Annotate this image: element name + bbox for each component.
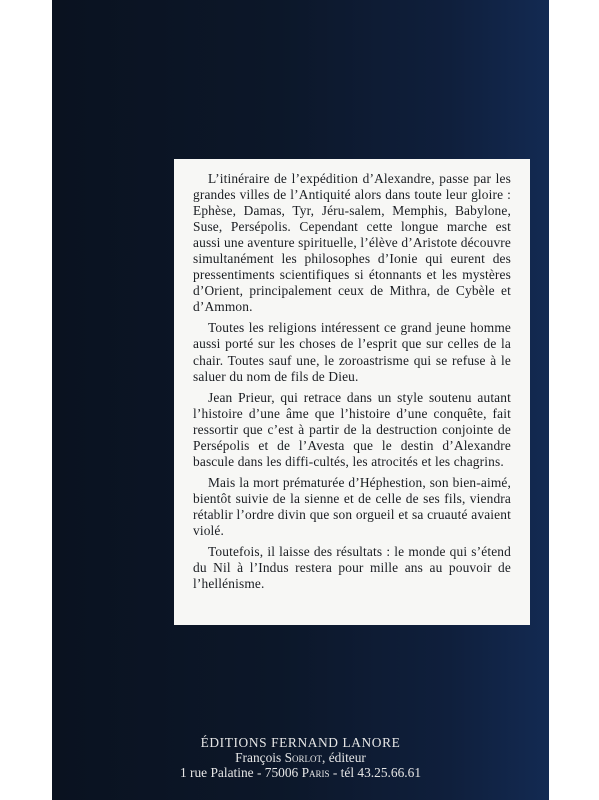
- publisher-editor: François Sorlot, éditeur: [52, 750, 549, 765]
- blurb-paragraph-5: Toutefois, il laisse des résultats : le …: [193, 544, 511, 592]
- publisher-address: 1 rue Palatine - 75006 Paris - tél 43.25…: [52, 765, 549, 780]
- address-prefix: 1 rue Palatine - 75006: [180, 765, 302, 780]
- editor-prefix: François: [235, 750, 284, 765]
- publisher-imprint: ÉDITIONS FERNAND LANORE François Sorlot,…: [52, 735, 549, 780]
- blurb-paragraph-3: Jean Prieur, qui retrace dans un style s…: [193, 390, 511, 470]
- address-phone: - tél 43.25.66.61: [330, 765, 422, 780]
- blurb-paragraph-1: L’itinéraire de l’expédition d’Alexandre…: [193, 171, 511, 315]
- blurb-text-box: L’itinéraire de l’expédition d’Alexandre…: [174, 159, 530, 625]
- blurb-paragraph-2: Toutes les religions intéressent ce gran…: [193, 320, 511, 384]
- blurb-paragraph-4: Mais la mort prématurée d’Héphestion, so…: [193, 475, 511, 539]
- address-city: Paris: [302, 765, 330, 780]
- editor-suffix: , éditeur: [322, 750, 366, 765]
- editor-name: Sorlot: [285, 750, 322, 765]
- book-back-cover: L’itinéraire de l’expédition d’Alexandre…: [52, 0, 549, 800]
- publisher-name: ÉDITIONS FERNAND LANORE: [52, 735, 549, 750]
